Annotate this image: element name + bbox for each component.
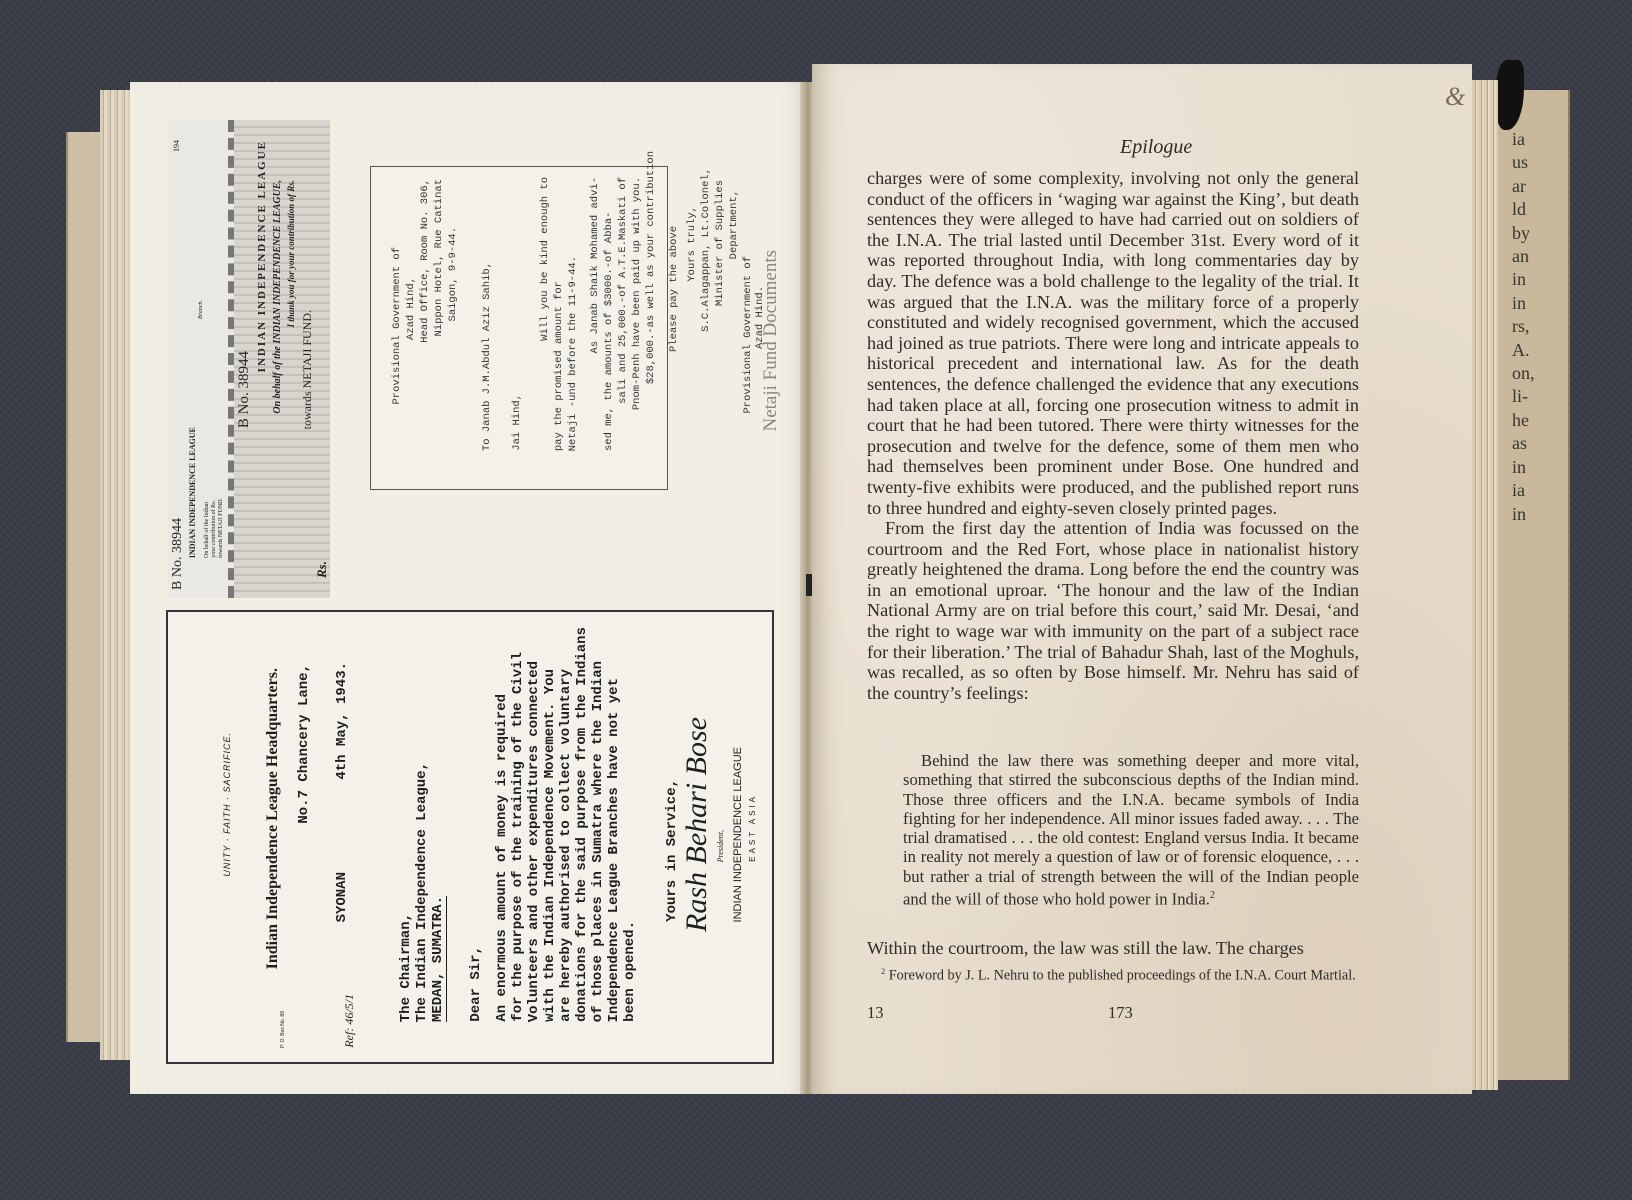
- addressee-line: The Chairman,: [398, 913, 414, 1022]
- addressee-line: MEDAN, SUMATRA.: [430, 896, 446, 1022]
- netaji-fund-receipt: B No. 38944 194 INDIAN INDEPENDENCE LEAG…: [168, 120, 330, 598]
- receipt-main: B No. 38944 INDIAN INDEPENDENCE LEAGUE O…: [234, 120, 330, 598]
- running-head: Epilogue: [1120, 136, 1192, 159]
- body-text: charges were of some complexity, involvi…: [867, 168, 1359, 703]
- sig-org: INDIAN INDEPENDENCE LEAGUE: [732, 747, 744, 922]
- right-page-edges: [1472, 80, 1498, 1090]
- footnote: 2 Foreword by J. L. Nehru to the publish…: [867, 963, 1359, 984]
- paragraph-continuation: Within the courtroom, the law was still …: [867, 938, 1359, 959]
- letter-closing: Yours truly,: [686, 206, 698, 282]
- footnote-mark: 2: [881, 966, 885, 976]
- receipt-rs: Rs.: [314, 561, 330, 578]
- right-adjacent-page: iausarldbyanininrs,A.on,li-heasiniain: [1498, 90, 1570, 1080]
- stub-line: towards NETAJI FUND.: [218, 498, 224, 558]
- letter-body-line: Will you be kind enough to: [539, 177, 551, 341]
- letter-body-line: $28,000.-as well as your contribution: [645, 151, 657, 384]
- stub-line: your contribution of Rs.: [211, 500, 217, 558]
- letter-body-line: are hereby authorised to collect volunta…: [558, 669, 574, 1022]
- footnote-ref: 2: [1210, 890, 1215, 901]
- po-box: P. O. Box No. 88: [280, 1011, 286, 1048]
- provisional-government-letter: Provisional Government of Azad Hind, Hea…: [370, 166, 668, 490]
- letter-ref: Ref: 46/5/1: [342, 994, 357, 1048]
- paragraph: charges were of some complexity, involvi…: [867, 168, 1359, 518]
- letter-body-line: of those places in Sumatra where the Ind…: [590, 661, 606, 1022]
- letter-body-line: Volunteers and other expenditures connec…: [526, 661, 542, 1022]
- receipt-line: On behalf of the INDIAN INDEPENDENCE LEA…: [272, 180, 283, 414]
- receipt-org: INDIAN INDEPENDENCE LEAGUE: [256, 140, 268, 372]
- letter-address: No.7 Chancery Lane,: [296, 664, 312, 824]
- letter-body-line: donations for the said purpose from the …: [574, 627, 590, 1022]
- stub-line: On behalf of the Indian: [204, 502, 210, 558]
- letter-body-line: sed me, the amounts of $3000.-of Abba-: [603, 177, 615, 451]
- sig-title: President,: [716, 830, 725, 862]
- block-quote-text: Behind the law there was something deepe…: [903, 751, 1359, 909]
- letter-body-line: for the purpose of the training of the C…: [510, 652, 526, 1022]
- paragraph: From the first day the attention of Indi…: [867, 518, 1359, 703]
- receipt-line: I thank you for your contribution of Rs.: [286, 180, 296, 328]
- letter-body-line: been opened.: [622, 921, 638, 1022]
- signature: Rash Behari Bose: [680, 717, 714, 932]
- page-number: 173: [1108, 1003, 1133, 1023]
- stub-org: INDIAN INDEPENDENCE LEAGUE: [188, 427, 197, 558]
- receipt-number: B No. 38944: [236, 351, 253, 428]
- letter-header-line: Saigon, 9-9-44.: [447, 227, 459, 322]
- letter-body-line: An enormous amount of money is required: [494, 694, 510, 1022]
- stub-number: B No. 38944: [170, 518, 186, 590]
- block-quote: Behind the law there was something deepe…: [903, 751, 1359, 909]
- footnote-text: Foreword by J. L. Nehru to the published…: [889, 968, 1356, 984]
- receipt-line: towards NETAJI FUND.: [300, 310, 315, 429]
- addressee-line: The Indian Independence League,: [414, 762, 430, 1022]
- sig-region: EAST ASIA: [748, 794, 757, 862]
- letter-recipient: To Janab J.M.Abdul Aziz Sahib,: [481, 262, 493, 451]
- right-peek-text: iausarldbyanininrs,A.on,li-heasiniain: [1512, 128, 1535, 526]
- letter-body-line: pay the promised amount for: [553, 281, 565, 451]
- letter-header-line: Nippon Hotel, Rue Catinat: [433, 179, 445, 337]
- letter-header-line: Provisional Government of: [391, 247, 403, 405]
- letter-body-line: Please pay the above: [668, 226, 680, 352]
- letter-closing: Yours in Service,: [664, 779, 680, 922]
- signature-mark: 13: [867, 1003, 884, 1023]
- letter-body-line: As Janab Shaik Mohamed advi-: [589, 177, 601, 353]
- indian-independence-league-letter: UNITY · FAITH · SACRIFICE. Indian Indepe…: [166, 610, 774, 1064]
- running-caption: Netaji Fund Documents: [760, 250, 782, 432]
- stub-branch: Branch.: [198, 300, 204, 319]
- letter-body-line: Netaji -und before the 11-9-44.: [567, 256, 579, 451]
- letter-header-line: Head Office, Room No. 306,: [419, 179, 431, 343]
- letter-body-line: Independence League Branches have not ye…: [606, 678, 622, 1022]
- receipt-stub: B No. 38944 194 INDIAN INDEPENDENCE LEAG…: [168, 120, 234, 598]
- league-motto: UNITY · FAITH · SACRIFICE.: [222, 732, 232, 877]
- letter-place: SYONAN: [334, 872, 350, 922]
- letter-footer: Provisional Government of: [742, 256, 754, 414]
- letter-signatory-dept: Department,: [728, 190, 740, 259]
- prov-letter-continuation: Please pay the above Yours truly, S.C.Al…: [666, 166, 760, 488]
- letter-body-line: with the Indian Independence Movement. Y…: [542, 669, 558, 1022]
- pencil-mark: &: [1445, 82, 1465, 112]
- letter-body-line: sali and 25,000.-of A.T.E.Maskati of: [617, 177, 629, 404]
- stub-year: 194: [172, 140, 181, 152]
- letterhead: Indian Independence League Headquarters.: [264, 668, 282, 969]
- letter-signatory-title: Minister of Supplies: [714, 180, 726, 306]
- letter-salutation: Jai Hind,: [511, 394, 523, 451]
- letter-signatory: S.C.Alagappan, Lt.Colonel,: [700, 168, 712, 332]
- letter-date: 4th May, 1943.: [334, 662, 350, 780]
- letter-salutation: Dear Sir,: [468, 946, 484, 1022]
- letter-body-line: Pnom-Penh have been paid up with you.: [631, 177, 643, 410]
- letter-header-line: Azad Hind,: [405, 277, 417, 340]
